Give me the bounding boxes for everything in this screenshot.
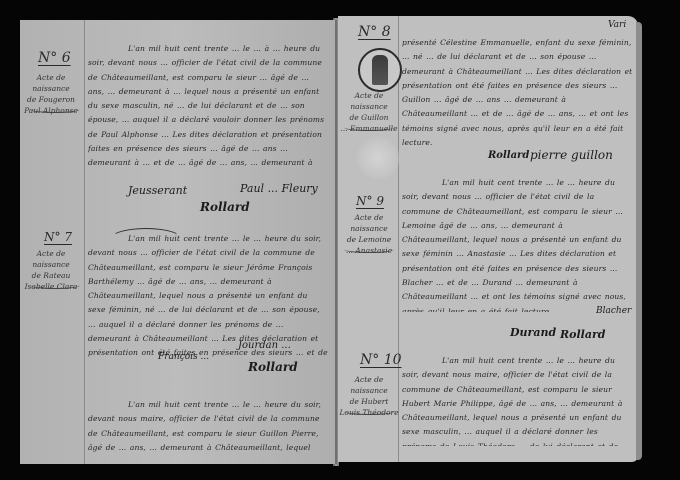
entry-paragraph: L'an mil huit cent trente ... le ... heu… bbox=[402, 176, 634, 312]
entry-text-7: L'an mil huit cent trente ... le ... heu… bbox=[88, 232, 328, 360]
signature: Jeusserant bbox=[128, 184, 187, 197]
flourish bbox=[344, 408, 394, 415]
signature: Paul ... Fleury bbox=[240, 182, 318, 195]
entry-text-9: L'an mil huit cent trente ... le ... heu… bbox=[402, 176, 634, 312]
margin-note-line: de Lemoine bbox=[338, 234, 400, 245]
flourish bbox=[344, 124, 394, 131]
faded-seal bbox=[356, 136, 400, 180]
signature: pierre guillon bbox=[530, 148, 613, 162]
signature-mayor: Rollard bbox=[560, 328, 605, 341]
signature: Durand bbox=[510, 326, 556, 339]
margin-note-line: de Fougeron bbox=[20, 94, 82, 105]
signature-mayor: Rollard bbox=[200, 200, 250, 214]
flourish bbox=[30, 106, 80, 113]
margin-note-line: de Guillon bbox=[338, 112, 400, 123]
entry-text-6: L'an mil huit cent trente ... le ... à .… bbox=[88, 42, 328, 174]
stamp-figure-icon bbox=[372, 55, 388, 85]
signature: Blacher bbox=[596, 306, 631, 316]
margin-note-line: Acte de naissance bbox=[20, 72, 82, 94]
entry-paragraph: L'an mil huit cent trente ... le ... heu… bbox=[402, 354, 634, 446]
margin-note-line: Acte de naissance bbox=[338, 90, 400, 112]
entry-paragraph: L'an mil huit cent trente ... le ... heu… bbox=[88, 398, 328, 458]
margin-note-line: de Rateau bbox=[20, 270, 82, 281]
signature-mayor: Rollard bbox=[248, 360, 298, 374]
entry-paragraph: présenté Célestine Emmanuelle, enfant du… bbox=[402, 36, 634, 148]
margin-note-line: Acte de naissance bbox=[20, 248, 82, 270]
right-page: Vari N° 8 Acte de naissance de Guillon .… bbox=[338, 16, 638, 462]
flourish bbox=[344, 246, 394, 253]
entry-number-8: N° 8 bbox=[358, 24, 391, 40]
entry-number-7: N° 7 bbox=[44, 230, 72, 244]
page-edges bbox=[636, 22, 642, 460]
margin-rule bbox=[84, 20, 85, 464]
entry-number-9: N° 9 bbox=[356, 194, 384, 208]
entry-paragraph: L'an mil huit cent trente ... le ... à .… bbox=[88, 42, 328, 174]
signature: Jourdan ... bbox=[238, 340, 291, 351]
margin-note-line: Acte de naissance bbox=[338, 374, 400, 396]
tax-stamp bbox=[358, 48, 402, 92]
entry-text-8-start: L'an mil huit cent trente ... le ... heu… bbox=[88, 398, 328, 458]
entry-text-10: L'an mil huit cent trente ... le ... heu… bbox=[402, 354, 634, 446]
margin-note-line: de Hubert bbox=[338, 396, 400, 407]
margin-note-line: Acte de naissance bbox=[338, 212, 400, 234]
signature-mayor: Rollard bbox=[488, 150, 529, 161]
entry-paragraph: L'an mil huit cent trente ... le ... heu… bbox=[88, 232, 328, 360]
entry-number-6: N° 6 bbox=[38, 50, 71, 66]
flourish bbox=[30, 282, 80, 289]
entry-text-8: présenté Célestine Emmanuelle, enfant du… bbox=[402, 36, 634, 148]
left-page: N° 6 Acte de naissance de Fougeron Paul … bbox=[20, 20, 337, 464]
entry-number-10: N° 10 bbox=[360, 352, 402, 368]
signature: François ... bbox=[158, 352, 209, 362]
corner-note: Vari bbox=[608, 20, 626, 30]
